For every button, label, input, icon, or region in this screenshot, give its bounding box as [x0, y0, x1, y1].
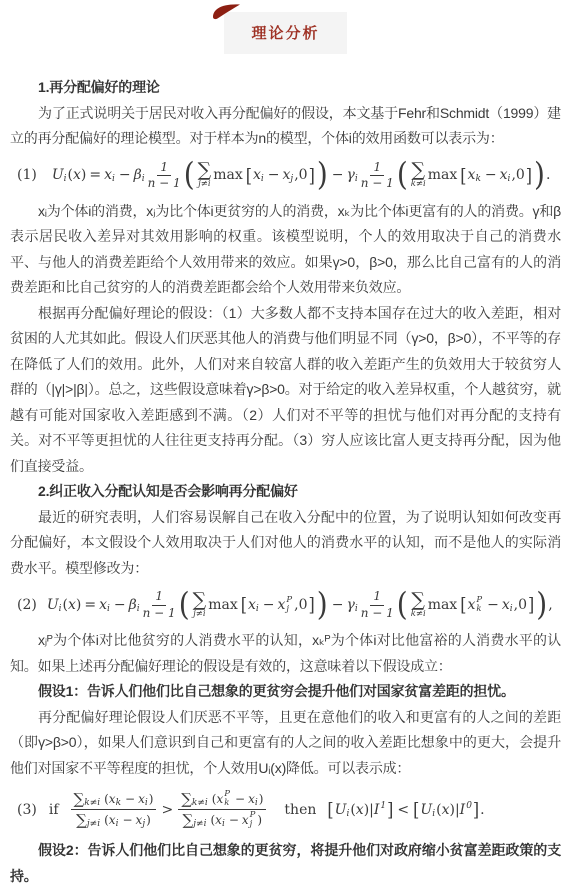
equation-3: (3)if∑k≠i(xk−xi)∑j≠i(xi−xj)>∑k≠i(xPk−xi)…: [10, 781, 561, 838]
leaf-icon: [211, 3, 242, 21]
document-page: 理论分析 1.再分配偏好的理论 为了正式说明关于居民对收入再分配偏好的假设，本文…: [0, 0, 571, 889]
hypothesis-1: 假设1：告诉人们他们比自己想象的更贫穷会提升他们对国家贫富差距的担忧。: [10, 679, 561, 705]
section-header: 理论分析: [0, 0, 571, 54]
paragraph-theory-assumptions: 根据再分配偏好理论的假设：（1）大多数人都不支持本国存在过大的收入差距，相对贫困…: [10, 301, 561, 480]
paragraph-perception-intro: 最近的研究表明，人们容易误解自己在收入分配中的位置，为了说明认知如何改变再分配偏…: [10, 505, 561, 582]
equation-2: (2)Ui(x)=xi−βi1n − 1(∑j≠imax[xi−xPj,0])−…: [10, 581, 561, 628]
paragraph-variable-definitions: xᵢ为个体i的消费，xⱼ为比个体i更贫穷的人的消费，xₖ为比个体i更富有的人的消…: [10, 199, 561, 301]
subsection-heading-2: 2.纠正收入分配认知是否会影响再分配偏好: [10, 479, 561, 505]
section-badge: 理论分析: [224, 12, 346, 54]
equation-1: (1)Ui(x)=xi−βi1n − 1(∑j≠imax[xi−xj,0])−γ…: [10, 152, 561, 199]
article-body: 1.再分配偏好的理论 为了正式说明关于居民对收入再分配偏好的假设，本文基于Feh…: [0, 54, 571, 889]
subsection-heading-1: 1.再分配偏好的理论: [10, 75, 561, 101]
paragraph-hypothesis1-explanation: 再分配偏好理论假设人们厌恶不平等，且更在意他们的收入和更富有的人之间的差距（即γ…: [10, 705, 561, 782]
section-badge-label: 理论分析: [251, 25, 319, 42]
hypothesis-2: 假设2：告诉人们他们比自己想象的更贫穷，将提升他们对政府缩小贫富差距政策的支持。: [10, 838, 561, 889]
paragraph-perception-definitions: xⱼᴾ为个体i对比他贫穷的人消费水平的认知，xₖᴾ为个体i对比他富裕的人消费水平…: [10, 628, 561, 679]
paragraph-model-intro: 为了正式说明关于居民对收入再分配偏好的假设，本文基于Fehr和Schmidt（1…: [10, 101, 561, 152]
